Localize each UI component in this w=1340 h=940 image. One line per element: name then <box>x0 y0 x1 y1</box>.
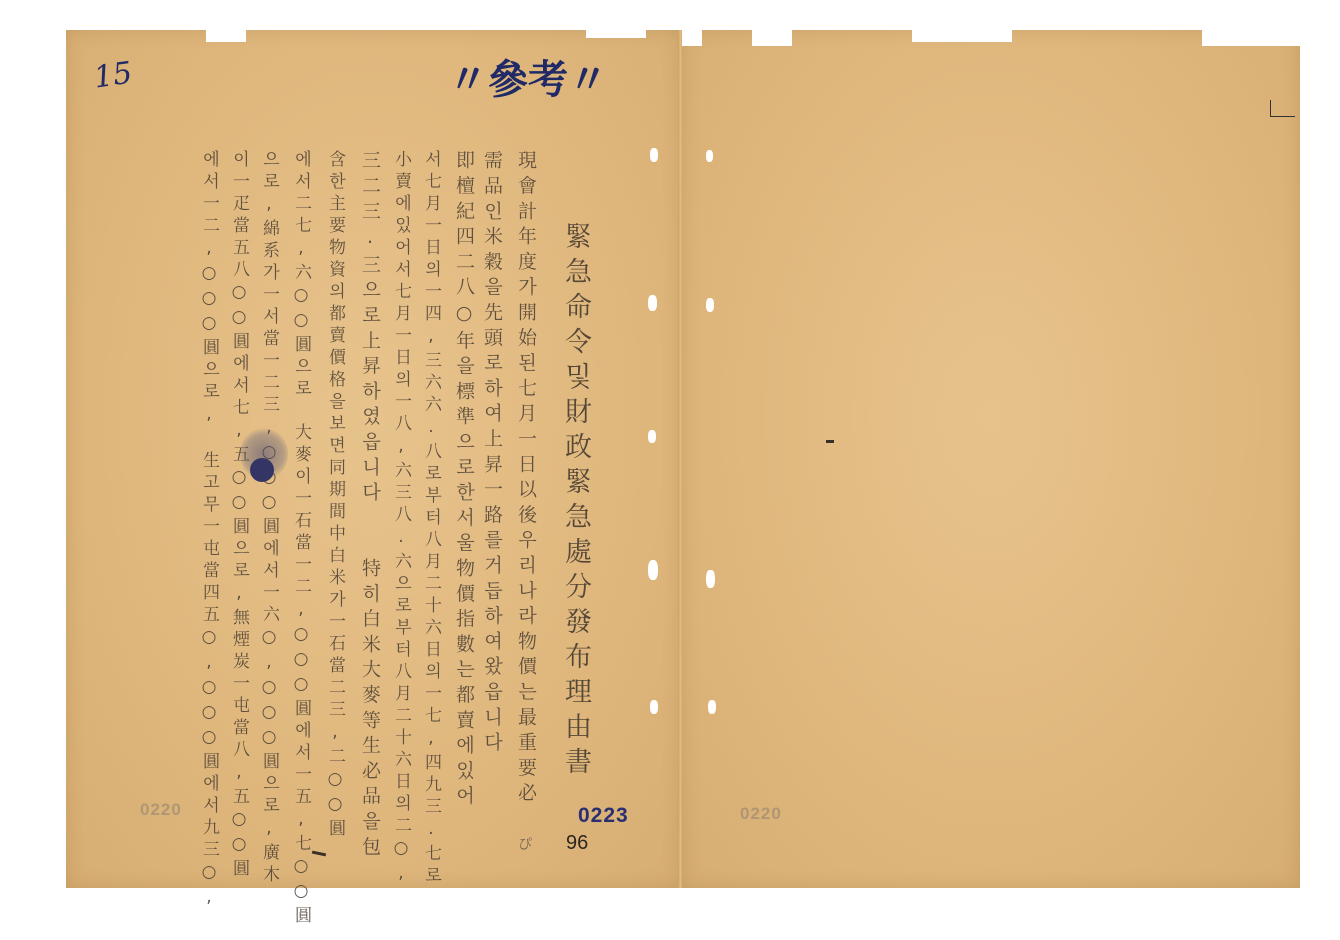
folio-number: 96 <box>566 832 588 855</box>
right-page <box>682 30 1300 888</box>
body-column-1: 現會計年度가開始된七月一日以後우리나라物價는最重要必 <box>516 150 535 808</box>
binding-hole <box>706 298 714 312</box>
binding-hole <box>650 700 658 714</box>
handwritten-annotation: 〃參考〃 <box>448 48 608 105</box>
binding-hole <box>648 295 657 311</box>
body-column-10: 이一疋當五八○○圓에서七,五○○圓으로,無煙炭一屯當八,五○○圓 <box>230 150 247 881</box>
faded-stamp-left: 0220 <box>140 800 182 820</box>
torn-edge <box>752 30 792 46</box>
handwritten-page-number: 15 <box>92 56 135 96</box>
body-column-11: 에서一二,○○○圓으로, 生고무一屯當四五○,○○○圓에서九三○, <box>200 150 217 912</box>
body-column-9: 으로,綿系가一서當一二三,○○○圓에서一六○,○○○圓으로,廣木 <box>260 150 277 887</box>
body-column-2: 需品인米穀을先頭로하여上昇一路를거듭하여왔읍니다 <box>482 150 501 757</box>
body-column-5: 小賣에있어서七月一日의一八,六三八.六으로부터八月二十六日의二○, <box>392 150 409 888</box>
faded-stamp-right: 0220 <box>740 804 782 824</box>
binding-hole <box>708 700 716 714</box>
body-column-3: 即檀紀四二八○年을標準으로한서울物價指數는都賣에있어 <box>454 150 473 811</box>
binding-hole <box>648 430 656 443</box>
folio-mark: ぴ <box>518 834 532 854</box>
body-column-7: 含한主要物資의都賣價格을보면同期間中白米가一石當二三,二○○圓 <box>326 150 343 841</box>
binding-hole <box>706 570 715 588</box>
torn-edge <box>682 30 702 46</box>
pen-mark <box>826 440 834 443</box>
body-column-8: 에서二七,六○○圓으로 大麥이一石當一二,○○○圓에서一五,七○○圓 <box>292 150 309 928</box>
corner-crop-mark <box>1270 100 1295 117</box>
ink-blot <box>250 458 274 482</box>
torn-edge <box>206 30 246 42</box>
torn-edge <box>586 30 646 38</box>
binding-hole <box>706 150 713 162</box>
binding-hole <box>648 560 658 580</box>
torn-edge <box>1202 30 1302 46</box>
archive-stamp-number: 0223 <box>578 804 629 828</box>
document-title: 緊急命令및財政緊急處分發布理由書 <box>562 222 589 782</box>
torn-edge <box>912 30 1012 42</box>
body-column-4: 서七月一日의一四,三六六.八로부터八月二十六日의一七,四九三.七로 <box>422 150 439 888</box>
body-column-6: 三二三.三으로上昇하였읍니다 特히白米大麥等生必品을包 <box>360 150 379 861</box>
binding-hole <box>650 148 658 162</box>
